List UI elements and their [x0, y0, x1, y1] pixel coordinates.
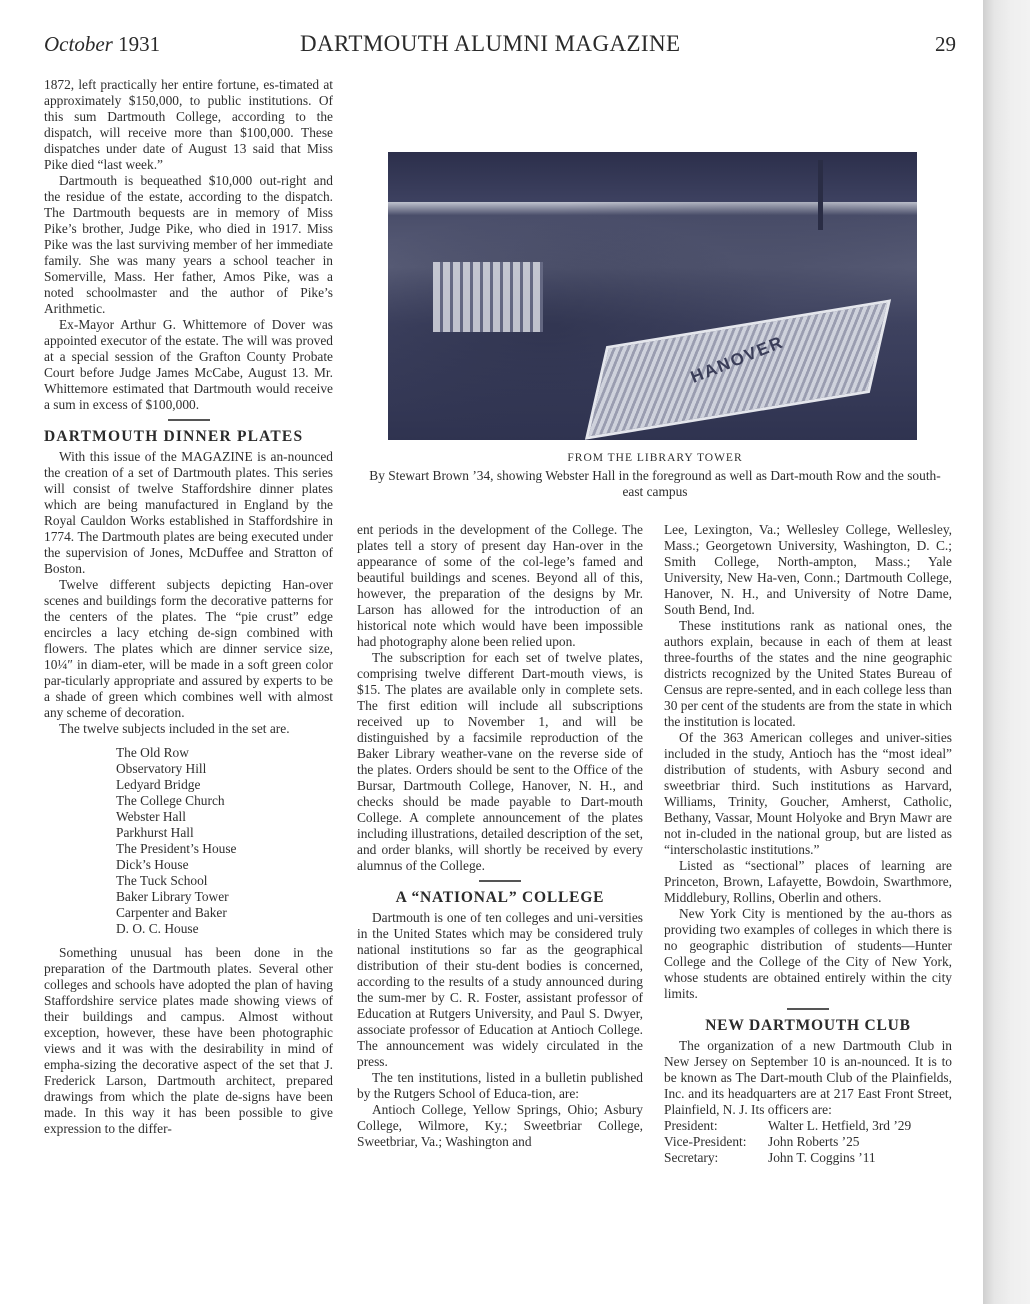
paragraph: Dartmouth is one of ten colleges and uni…	[357, 910, 643, 1070]
paragraph: Dartmouth is bequeathed $10,000 out-righ…	[44, 173, 333, 317]
column-3: Lee, Lexington, Va.; Wellesley College, …	[664, 522, 952, 1166]
paragraph: These institutions rank as national ones…	[664, 618, 952, 730]
list-item: Dick’s House	[116, 857, 333, 873]
magazine-page: October 1931 DARTMOUTH ALUMNI MAGAZINE 2…	[0, 0, 983, 1304]
list-item: Baker Library Tower	[116, 889, 333, 905]
list-item: Observatory Hill	[116, 761, 333, 777]
paragraph: Something unusual has been done in the p…	[44, 945, 333, 1137]
photo-image: HANOVER	[388, 152, 917, 440]
paragraph: Ex-Mayor Arthur G. Whittemore of Dover w…	[44, 317, 333, 413]
list-item: Ledyard Bridge	[116, 777, 333, 793]
list-item: Carpenter and Baker	[116, 905, 333, 921]
officers-list: President: Walter L. Hetfield, 3rd ’29 V…	[664, 1118, 952, 1166]
page-number: 29	[935, 32, 956, 57]
caption-title: FROM THE LIBRARY TOWER	[360, 452, 950, 464]
officer-name: John T. Coggins ’11	[768, 1150, 876, 1166]
photo-chimney	[818, 160, 823, 230]
paragraph: Lee, Lexington, Va.; Wellesley College, …	[664, 522, 952, 618]
issue-month: October	[44, 32, 113, 56]
section-divider	[168, 419, 210, 421]
column-2: ent periods in the development of the Co…	[357, 522, 643, 1150]
section-divider	[787, 1008, 829, 1010]
officer-role: Secretary:	[664, 1150, 768, 1166]
paragraph: With this issue of the MAGAZINE is an-no…	[44, 449, 333, 577]
issue-year: 1931	[118, 32, 160, 56]
campus-photo: HANOVER	[388, 152, 917, 440]
officer-name: Walter L. Hetfield, 3rd ’29	[768, 1118, 911, 1134]
plate-subjects-list: The Old Row Observatory Hill Ledyard Bri…	[116, 745, 333, 937]
paragraph: 1872, left practically her entire fortun…	[44, 77, 333, 173]
section-heading-national-college: A “NATIONAL” COLLEGE	[357, 890, 643, 906]
list-item: The College Church	[116, 793, 333, 809]
paragraph: The twelve subjects included in the set …	[44, 721, 333, 737]
issue-date: October 1931	[44, 32, 160, 57]
paragraph: Of the 363 American colleges and univer-…	[664, 730, 952, 858]
officer-row: Secretary: John T. Coggins ’11	[664, 1150, 952, 1166]
paragraph: The organization of a new Dartmouth Club…	[664, 1038, 952, 1118]
magazine-title: DARTMOUTH ALUMNI MAGAZINE	[300, 31, 680, 57]
paragraph: New York City is mentioned by the au-tho…	[664, 906, 952, 1002]
list-item: Webster Hall	[116, 809, 333, 825]
photo-caption: FROM THE LIBRARY TOWER By Stewart Brown …	[360, 452, 950, 500]
paragraph: Twelve different subjects depicting Han-…	[44, 577, 333, 721]
paragraph: The ten institutions, listed in a bullet…	[357, 1070, 643, 1102]
list-item: D. O. C. House	[116, 921, 333, 937]
running-head: October 1931 DARTMOUTH ALUMNI MAGAZINE 2…	[44, 30, 956, 60]
photo-building	[433, 262, 543, 332]
photo-hills	[388, 152, 917, 202]
section-heading-dinner-plates: DARTMOUTH DINNER PLATES	[44, 429, 333, 445]
list-item: The Tuck School	[116, 873, 333, 889]
paragraph: The subscription for each set of twelve …	[357, 650, 643, 874]
officer-row: Vice-President: John Roberts ’25	[664, 1134, 952, 1150]
paragraph: Antioch College, Yellow Springs, Ohio; A…	[357, 1102, 643, 1150]
list-item: Parkhurst Hall	[116, 825, 333, 841]
officer-role: President:	[664, 1118, 768, 1134]
section-heading-new-club: NEW DARTMOUTH CLUB	[664, 1018, 952, 1034]
section-divider	[479, 880, 521, 882]
officer-row: President: Walter L. Hetfield, 3rd ’29	[664, 1118, 952, 1134]
page-edge-shadow	[983, 0, 1030, 1304]
caption-text: By Stewart Brown ’34, showing Webster Ha…	[360, 468, 950, 500]
paragraph: ent periods in the development of the Co…	[357, 522, 643, 650]
list-item: The President’s House	[116, 841, 333, 857]
list-item: The Old Row	[116, 745, 333, 761]
column-1: 1872, left practically her entire fortun…	[44, 77, 333, 1137]
officer-name: John Roberts ’25	[768, 1134, 860, 1150]
paragraph: Listed as “sectional” places of learning…	[664, 858, 952, 906]
officer-role: Vice-President:	[664, 1134, 768, 1150]
